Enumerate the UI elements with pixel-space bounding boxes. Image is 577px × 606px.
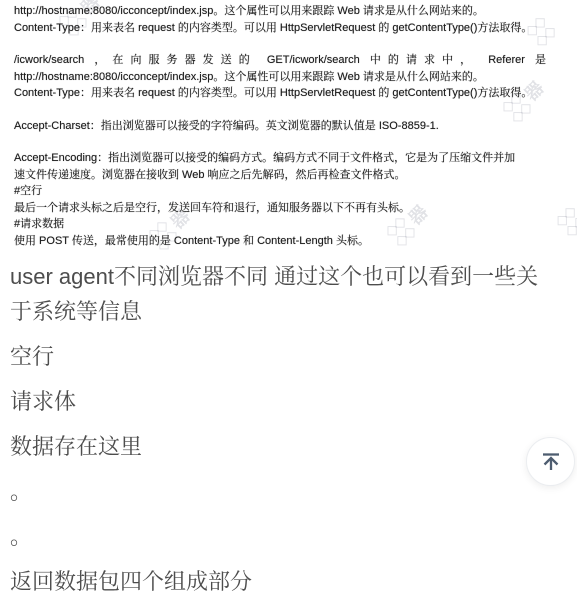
article-paragraph: user agent不同浏览器不同 通过这个也可以看到一些关于系统等信息 <box>10 259 558 329</box>
scanned-text-block: http://hostname:8080/icconcept/index.jsp… <box>0 3 577 265</box>
scan-line: Content-Type：用来表名 request 的内容类型。可以用 Http… <box>14 87 532 99</box>
scan-line: http://hostname:8080/icconcept/index.jsp… <box>14 5 484 17</box>
scan-paragraph: Accept-Encoding：指出浏览器可以接受的编码方式。编码方式不同于文件… <box>14 150 546 249</box>
article-paragraph: 数据存在这里 <box>10 429 558 464</box>
scan-line: 使用 POST 传送，最常使用的是 Content-Type 和 Content… <box>14 235 369 247</box>
article-paragraph: 请求体 <box>10 384 558 419</box>
scan-line: 速文件传递速度。浏览器在接收到 Web 响应之后先解码，然后再检查文件格式。 <box>14 169 406 181</box>
scan-line: Accept-Encoding：指出浏览器可以接受的编码方式。编码方式不同于文件… <box>14 152 515 164</box>
scan-paragraph: http://hostname:8080/icconcept/index.jsp… <box>14 3 546 36</box>
arrow-up-to-line-icon <box>539 450 563 474</box>
scan-line: Content-Type：用来表名 request 的内容类型。可以用 Http… <box>14 22 532 34</box>
article-paragraph: 。 <box>10 519 558 554</box>
scan-line: http://hostname:8080/icconcept/index.jsp… <box>14 71 484 83</box>
scan-paragraph: Accept-Charset：指出浏览器可以接受的字符编码。英文浏览器的默认值是… <box>14 118 546 135</box>
scan-line: /icwork/search ，在向服务器发送的 GET/icwork/sear… <box>14 52 546 69</box>
article-paragraph: 。 <box>10 474 558 509</box>
back-to-top-button[interactable] <box>526 437 575 486</box>
scan-line: #空行 <box>14 185 42 197</box>
article-body: user agent不同浏览器不同 通过这个也可以看到一些关于系统等信息 空行 … <box>10 259 558 606</box>
scan-paragraph: /icwork/search ，在向服务器发送的 GET/icwork/sear… <box>14 52 546 102</box>
scan-line: Accept-Charset：指出浏览器可以接受的字符编码。英文浏览器的默认值是… <box>14 120 439 132</box>
article-paragraph: 空行 <box>10 339 558 374</box>
page: ◇◇ ◇◇ 器 ◇◇ ◇◇ ◇◇ ◇◇ 器 ◇◇ ◇◇ 器 ◇◇ ◇◇ 器 ◇◇… <box>0 0 577 606</box>
scan-line: #请求数据 <box>14 218 64 230</box>
article-paragraph: 返回数据包四个组成部分 <box>10 564 558 599</box>
scan-line: 最后一个请求头标之后是空行，发送回车符和退行，通知服务器以下不再有头标。 <box>14 202 410 214</box>
